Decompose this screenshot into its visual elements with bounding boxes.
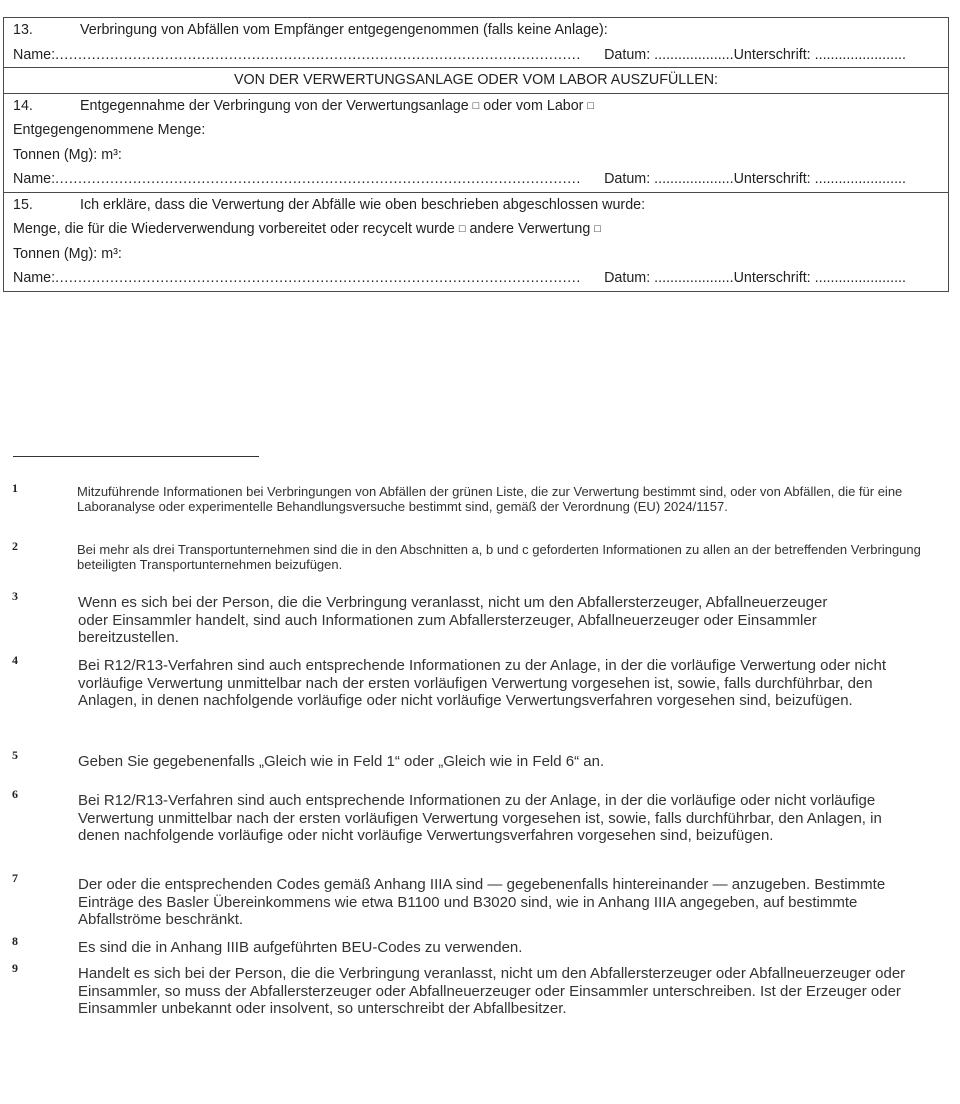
footnote-text: Der oder die entsprechenden Codes gemäß …: [78, 876, 928, 929]
signature-field[interactable]: Unterschrift: .......................: [734, 43, 906, 68]
quantity-received-label: Entgegengenommene Menge:: [4, 118, 948, 143]
footnote-text: Es sind die in Anhang IIIB aufgeführten …: [78, 939, 928, 957]
signature-field[interactable]: Unterschrift: .......................: [734, 266, 906, 291]
name-field[interactable]: ........................................…: [55, 266, 604, 291]
footnote-mark: 4: [12, 653, 18, 668]
units-field[interactable]: Tonnen (Mg): m³:: [4, 242, 948, 267]
section-13: 13.Verbringung von Abfällen vom Empfänge…: [4, 18, 948, 68]
section-14: 14.Entgegennahme der Verbringung von der…: [4, 94, 948, 193]
footnote-mark: 8: [12, 934, 18, 949]
name-field[interactable]: ........................................…: [55, 43, 604, 68]
footnote-mark: 1: [12, 481, 18, 496]
footnote-text: Geben Sie gegebenenfalls „Gleich wie in …: [78, 753, 928, 771]
footnote-text: Bei mehr als drei Transportunternehmen s…: [77, 543, 927, 572]
other-recovery-label: andere Verwertung: [465, 221, 590, 237]
section-14-title-row: 14.Entgegennahme der Verbringung von der…: [4, 94, 948, 119]
banner-section: VON DER VERWERTUNGSANLAGE ODER VOM LABOR…: [4, 68, 948, 94]
section-14-signature-row: Name: ..................................…: [4, 167, 948, 192]
recovery-form-table: 13.Verbringung von Abfällen vom Empfänge…: [3, 17, 949, 292]
units-field[interactable]: Tonnen (Mg): m³:: [4, 143, 948, 168]
section-title-part1: Entgegennahme der Verbringung von der Ve…: [80, 98, 469, 114]
laboratory-checkbox[interactable]: □: [587, 100, 594, 112]
section-15-signature-row: Name: ..................................…: [4, 266, 948, 291]
footnote-mark: 9: [12, 961, 18, 976]
section-number: 15.: [13, 193, 80, 218]
name-label: Name:: [13, 167, 55, 192]
footnote-mark: 7: [12, 871, 18, 886]
section-number: 14.: [13, 94, 80, 119]
date-field[interactable]: Datum: ....................: [604, 266, 734, 291]
fill-in-banner: VON DER VERWERTUNGSANLAGE ODER VOM LABOR…: [4, 68, 948, 93]
footnote-separator: [13, 456, 259, 457]
section-title-part2: oder vom Labor: [479, 98, 583, 114]
footnote-text: Handelt es sich bei der Person, die die …: [78, 965, 928, 1018]
footnote-mark: 5: [12, 748, 18, 763]
footnote-mark: 2: [12, 539, 18, 554]
other-recovery-checkbox[interactable]: □: [594, 223, 601, 235]
footnote-text: Bei R12/R13-Verfahren sind auch entsprec…: [78, 657, 928, 710]
section-13-signature-row: Name: ..................................…: [4, 43, 948, 68]
section-title: Ich erkläre, dass die Verwertung der Abf…: [80, 197, 645, 213]
footnote-text: Wenn es sich bei der Person, die die Ver…: [78, 594, 848, 647]
date-field[interactable]: Datum: ....................: [604, 43, 734, 68]
recycled-quantity-label: Menge, die für die Wiederverwendung vorb…: [13, 221, 455, 237]
section-13-title-row: 13.Verbringung von Abfällen vom Empfänge…: [4, 18, 948, 43]
name-label: Name:: [13, 43, 55, 68]
footnote-mark: 3: [12, 589, 18, 604]
section-15: 15.Ich erkläre, dass die Verwertung der …: [4, 193, 948, 291]
section-title: Verbringung von Abfällen vom Empfänger e…: [80, 22, 608, 38]
name-label: Name:: [13, 266, 55, 291]
signature-field[interactable]: Unterschrift: .......................: [734, 167, 906, 192]
footnote-mark: 6: [12, 787, 18, 802]
footnote-text: Mitzuführende Informationen bei Verbring…: [77, 485, 927, 514]
section-15-title-row: 15.Ich erkläre, dass die Verwertung der …: [4, 193, 948, 218]
footnote-text: Bei R12/R13-Verfahren sind auch entsprec…: [78, 792, 923, 845]
name-field[interactable]: ........................................…: [55, 167, 604, 192]
section-number: 13.: [13, 18, 80, 43]
date-field[interactable]: Datum: ....................: [604, 167, 734, 192]
section-15-quantity-row: Menge, die für die Wiederverwendung vorb…: [4, 217, 948, 242]
